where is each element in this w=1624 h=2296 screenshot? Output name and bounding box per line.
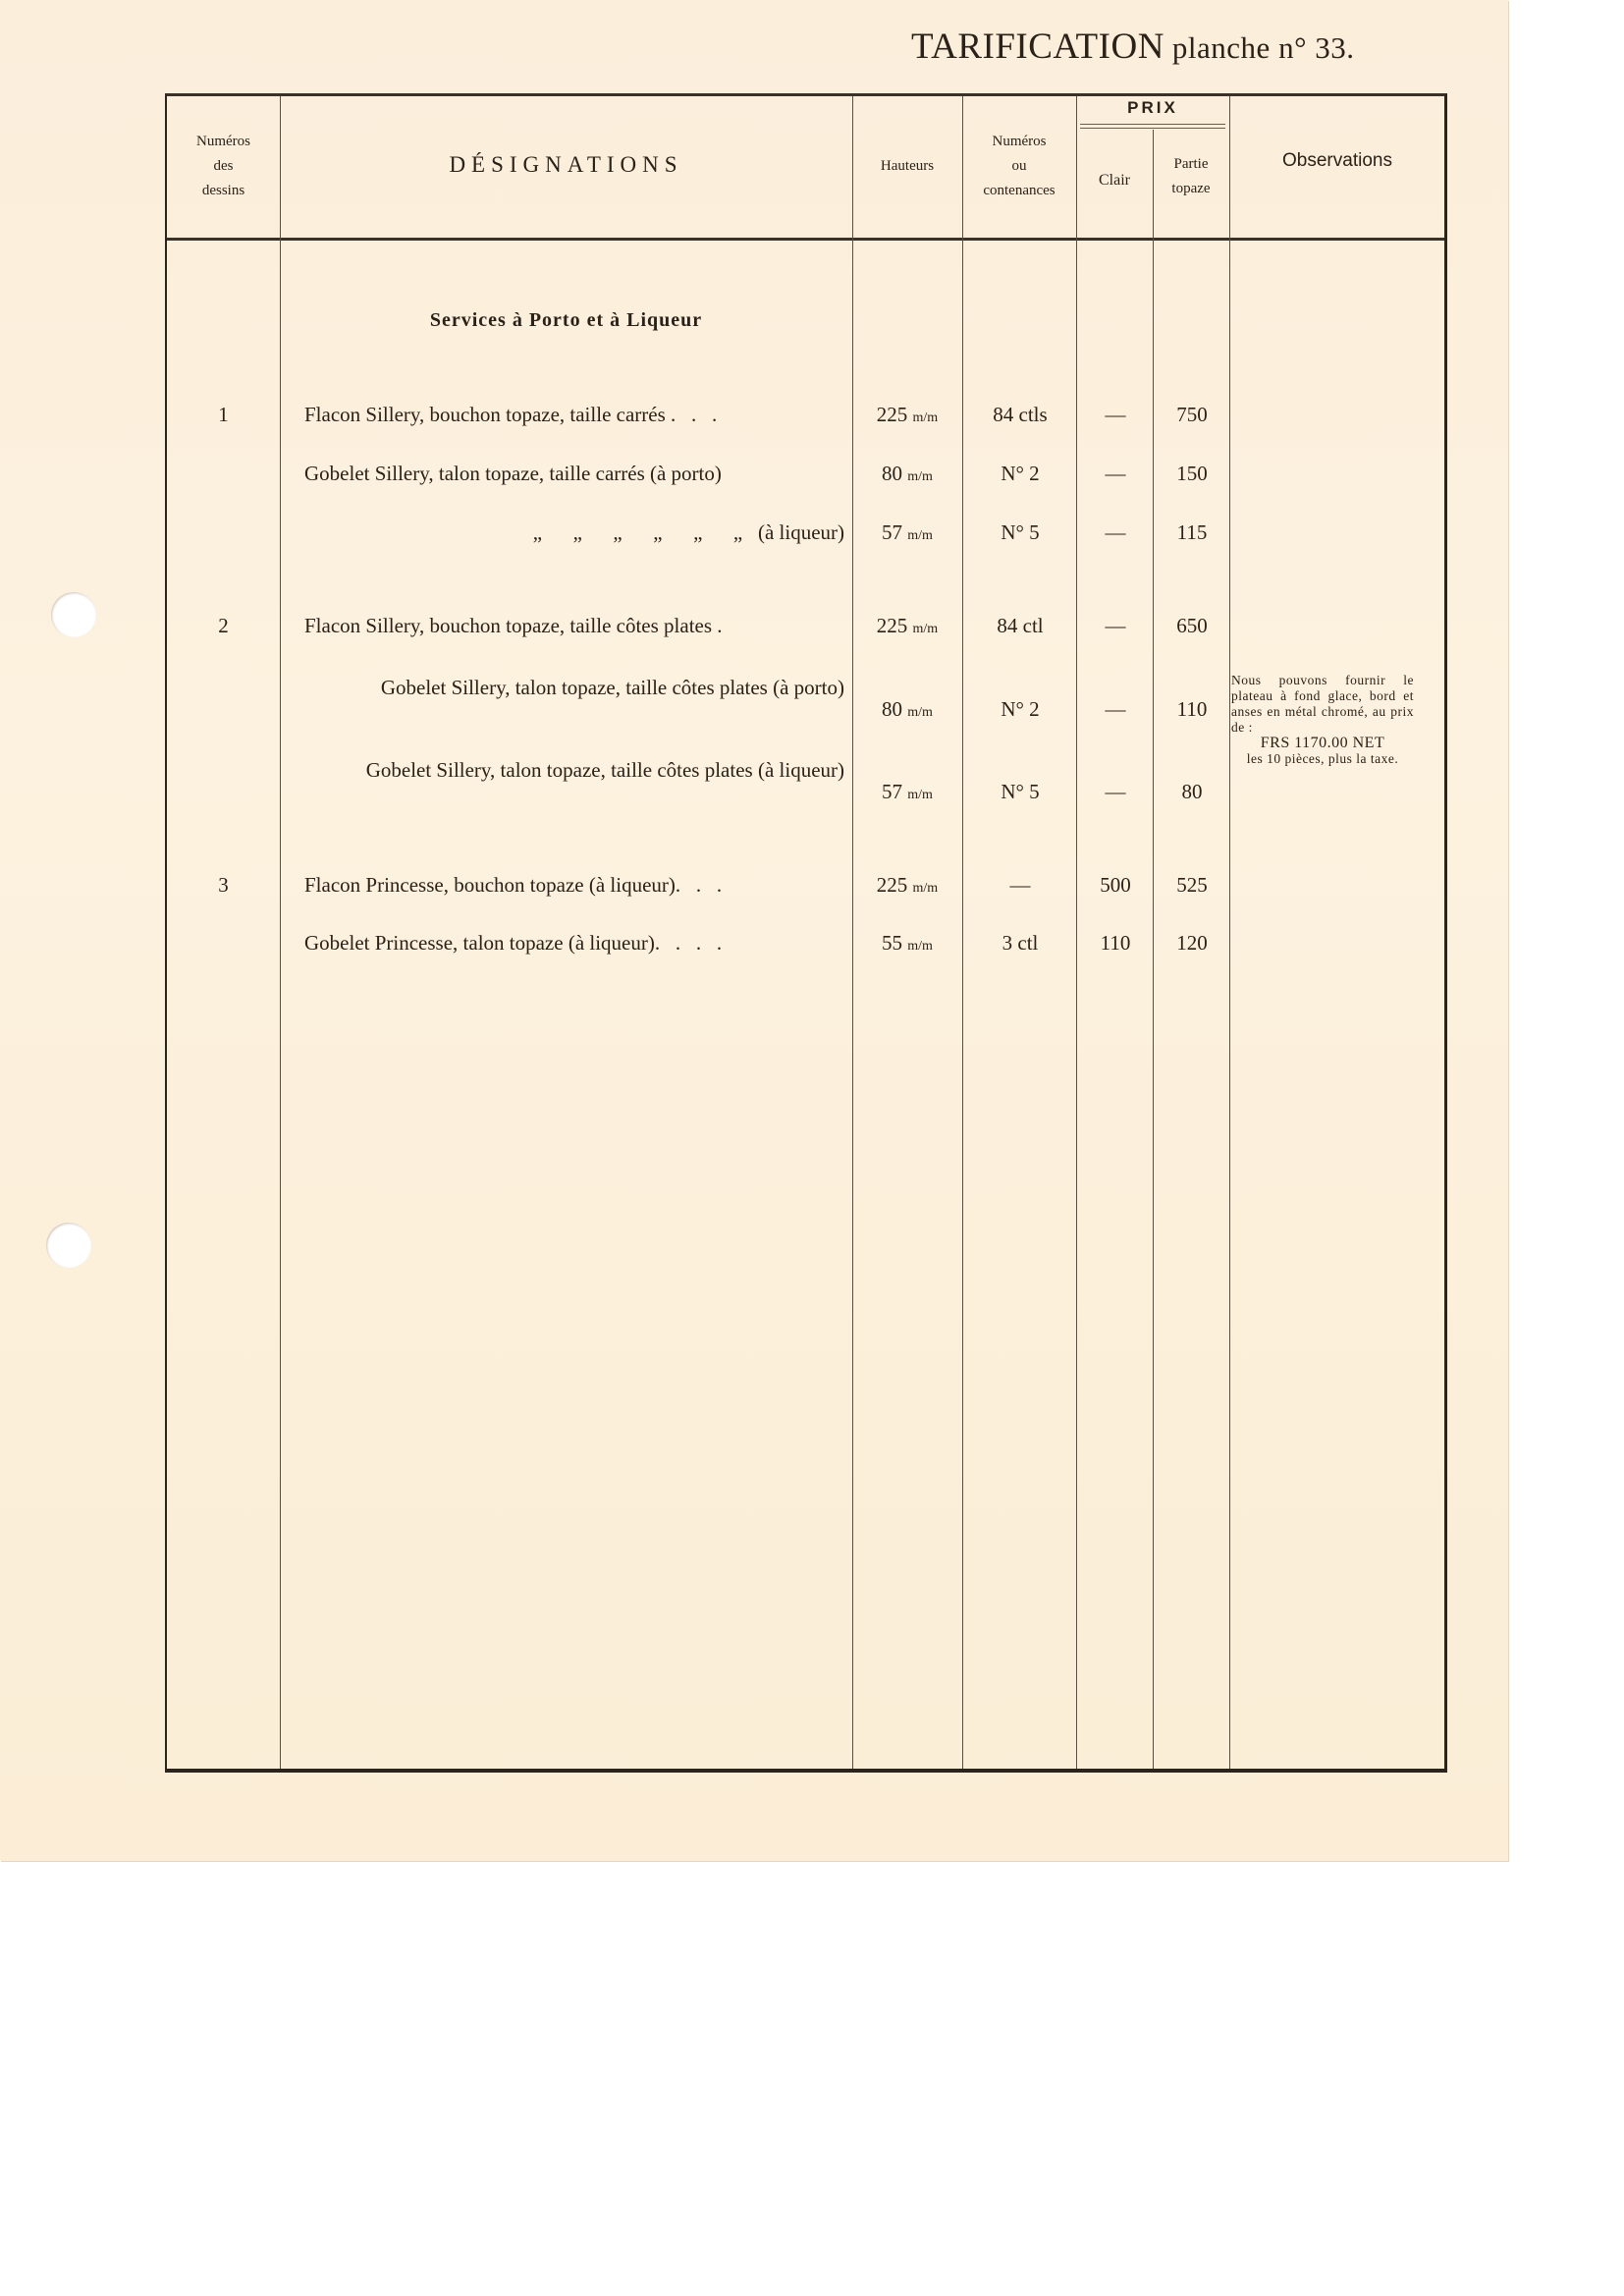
designation: Gobelet Sillery, talon topaze, taille ca… <box>304 462 844 485</box>
capacity: — <box>964 873 1076 898</box>
price-topaze: 750 <box>1155 403 1229 427</box>
header-line: Numéros <box>962 130 1076 154</box>
price-table: Numéros des dessins DÉSIGNATIONS Hauteur… <box>165 93 1447 1773</box>
observation-price: FRS 1170.00 NET <box>1231 736 1414 751</box>
height-value: 80 <box>882 462 902 485</box>
header-designations: DÉSIGNATIONS <box>280 152 852 178</box>
price-clair: 110 <box>1078 931 1153 956</box>
header-hauteurs: Hauteurs <box>852 154 962 179</box>
prix-underline <box>1080 124 1225 125</box>
header-observations: Observations <box>1229 150 1445 172</box>
height-unit: m/m <box>907 469 933 484</box>
capacity: 84 ctl <box>964 614 1076 638</box>
drawing-number: 3 <box>167 873 280 898</box>
header-line: dessins <box>167 179 280 203</box>
header-line: topaze <box>1153 177 1229 201</box>
height-unit: m/m <box>907 788 933 802</box>
height-unit: m/m <box>907 705 933 720</box>
price-clair: — <box>1078 520 1153 545</box>
drawing-number: 2 <box>167 614 280 638</box>
designation: Flacon Sillery, bouchon topaze, taille c… <box>304 614 844 637</box>
height: 57 m/m <box>852 780 962 804</box>
height-value: 55 <box>882 931 902 955</box>
observation-note: Nous pouvons fournir le plateau à fond g… <box>1231 673 1414 767</box>
column-divider <box>1153 130 1154 1769</box>
height-value: 225 <box>877 873 908 897</box>
capacity: 3 ctl <box>964 931 1076 956</box>
height: 225 m/m <box>852 403 962 427</box>
price-clair: 500 <box>1078 873 1153 898</box>
header-contenances: Numéros ou contenances <box>962 130 1076 203</box>
header-line: contenances <box>962 179 1076 203</box>
price-topaze: 650 <box>1155 614 1229 638</box>
header-line: ou <box>962 154 1076 179</box>
price-topaze: 110 <box>1155 697 1229 722</box>
header-line: Partie <box>1153 152 1229 177</box>
header-partie-topaze: Partie topaze <box>1153 152 1229 201</box>
column-divider <box>1076 96 1077 1769</box>
height-value: 225 <box>877 403 908 426</box>
designation: Flacon Princesse, bouchon topaze (à liqu… <box>304 873 844 897</box>
column-divider <box>1229 96 1230 1769</box>
designation: Gobelet Princesse, talon topaze (à lique… <box>304 931 844 955</box>
page-title: TARIFICATIONplanche n° 33. <box>911 26 1354 68</box>
header-clair: Clair <box>1076 168 1153 192</box>
punch-hole <box>46 1223 91 1268</box>
section-title: Services à Porto et à Liqueur <box>280 309 852 332</box>
height-value: 80 <box>882 697 902 721</box>
capacity: N° 5 <box>964 520 1076 545</box>
price-topaze: 150 <box>1155 462 1229 486</box>
height-unit: m/m <box>907 939 933 954</box>
header-line: des <box>167 154 280 179</box>
height-unit: m/m <box>913 622 939 636</box>
observation-text: Nous pouvons fournir le plateau à fond g… <box>1231 673 1414 735</box>
drawing-number: 1 <box>167 403 280 427</box>
height: 80 m/m <box>852 697 962 722</box>
column-divider <box>962 96 963 1769</box>
designation: „ „ „ „ „ „ (à liqueur) <box>304 520 844 544</box>
height-value: 225 <box>877 614 908 637</box>
header-prix: PRIX <box>1076 98 1229 118</box>
column-divider <box>280 96 281 1769</box>
height-unit: m/m <box>907 528 933 543</box>
capacity: N° 5 <box>964 780 1076 804</box>
header-line: Numéros <box>167 130 280 154</box>
price-topaze: 525 <box>1155 873 1229 898</box>
designation: Gobelet Sillery, talon topaze, taille cô… <box>304 676 844 699</box>
price-topaze: 80 <box>1155 780 1229 804</box>
header-numeros-dessins: Numéros des dessins <box>167 130 280 203</box>
price-topaze: 115 <box>1155 520 1229 545</box>
designation: Gobelet Sillery, talon topaze, taille cô… <box>304 758 844 782</box>
price-clair: — <box>1078 462 1153 486</box>
price-clair: — <box>1078 697 1153 722</box>
price-topaze: 120 <box>1155 931 1229 956</box>
punch-hole <box>51 592 96 637</box>
observation-footnote: les 10 pièces, plus la taxe. <box>1231 751 1414 767</box>
title-text: TARIFICATION <box>911 27 1164 67</box>
height: 57 m/m <box>852 520 962 545</box>
capacity: 84 ctls <box>964 403 1076 427</box>
header-divider <box>167 238 1444 241</box>
price-clair: — <box>1078 780 1153 804</box>
height-unit: m/m <box>913 881 939 896</box>
height-value: 57 <box>882 780 902 803</box>
height: 55 m/m <box>852 931 962 956</box>
paper-sheet: TARIFICATIONplanche n° 33. Numéros des d… <box>0 0 1508 1861</box>
height: 80 m/m <box>852 462 962 486</box>
height-value: 57 <box>882 520 902 544</box>
capacity: N° 2 <box>964 462 1076 486</box>
height: 225 m/m <box>852 614 962 638</box>
price-clair: — <box>1078 403 1153 427</box>
designation: Flacon Sillery, bouchon topaze, taille c… <box>304 403 844 426</box>
prix-underline <box>1080 128 1225 129</box>
planche-number: planche n° 33. <box>1172 30 1355 65</box>
capacity: N° 2 <box>964 697 1076 722</box>
price-clair: — <box>1078 614 1153 638</box>
height: 225 m/m <box>852 873 962 898</box>
height-unit: m/m <box>913 410 939 425</box>
